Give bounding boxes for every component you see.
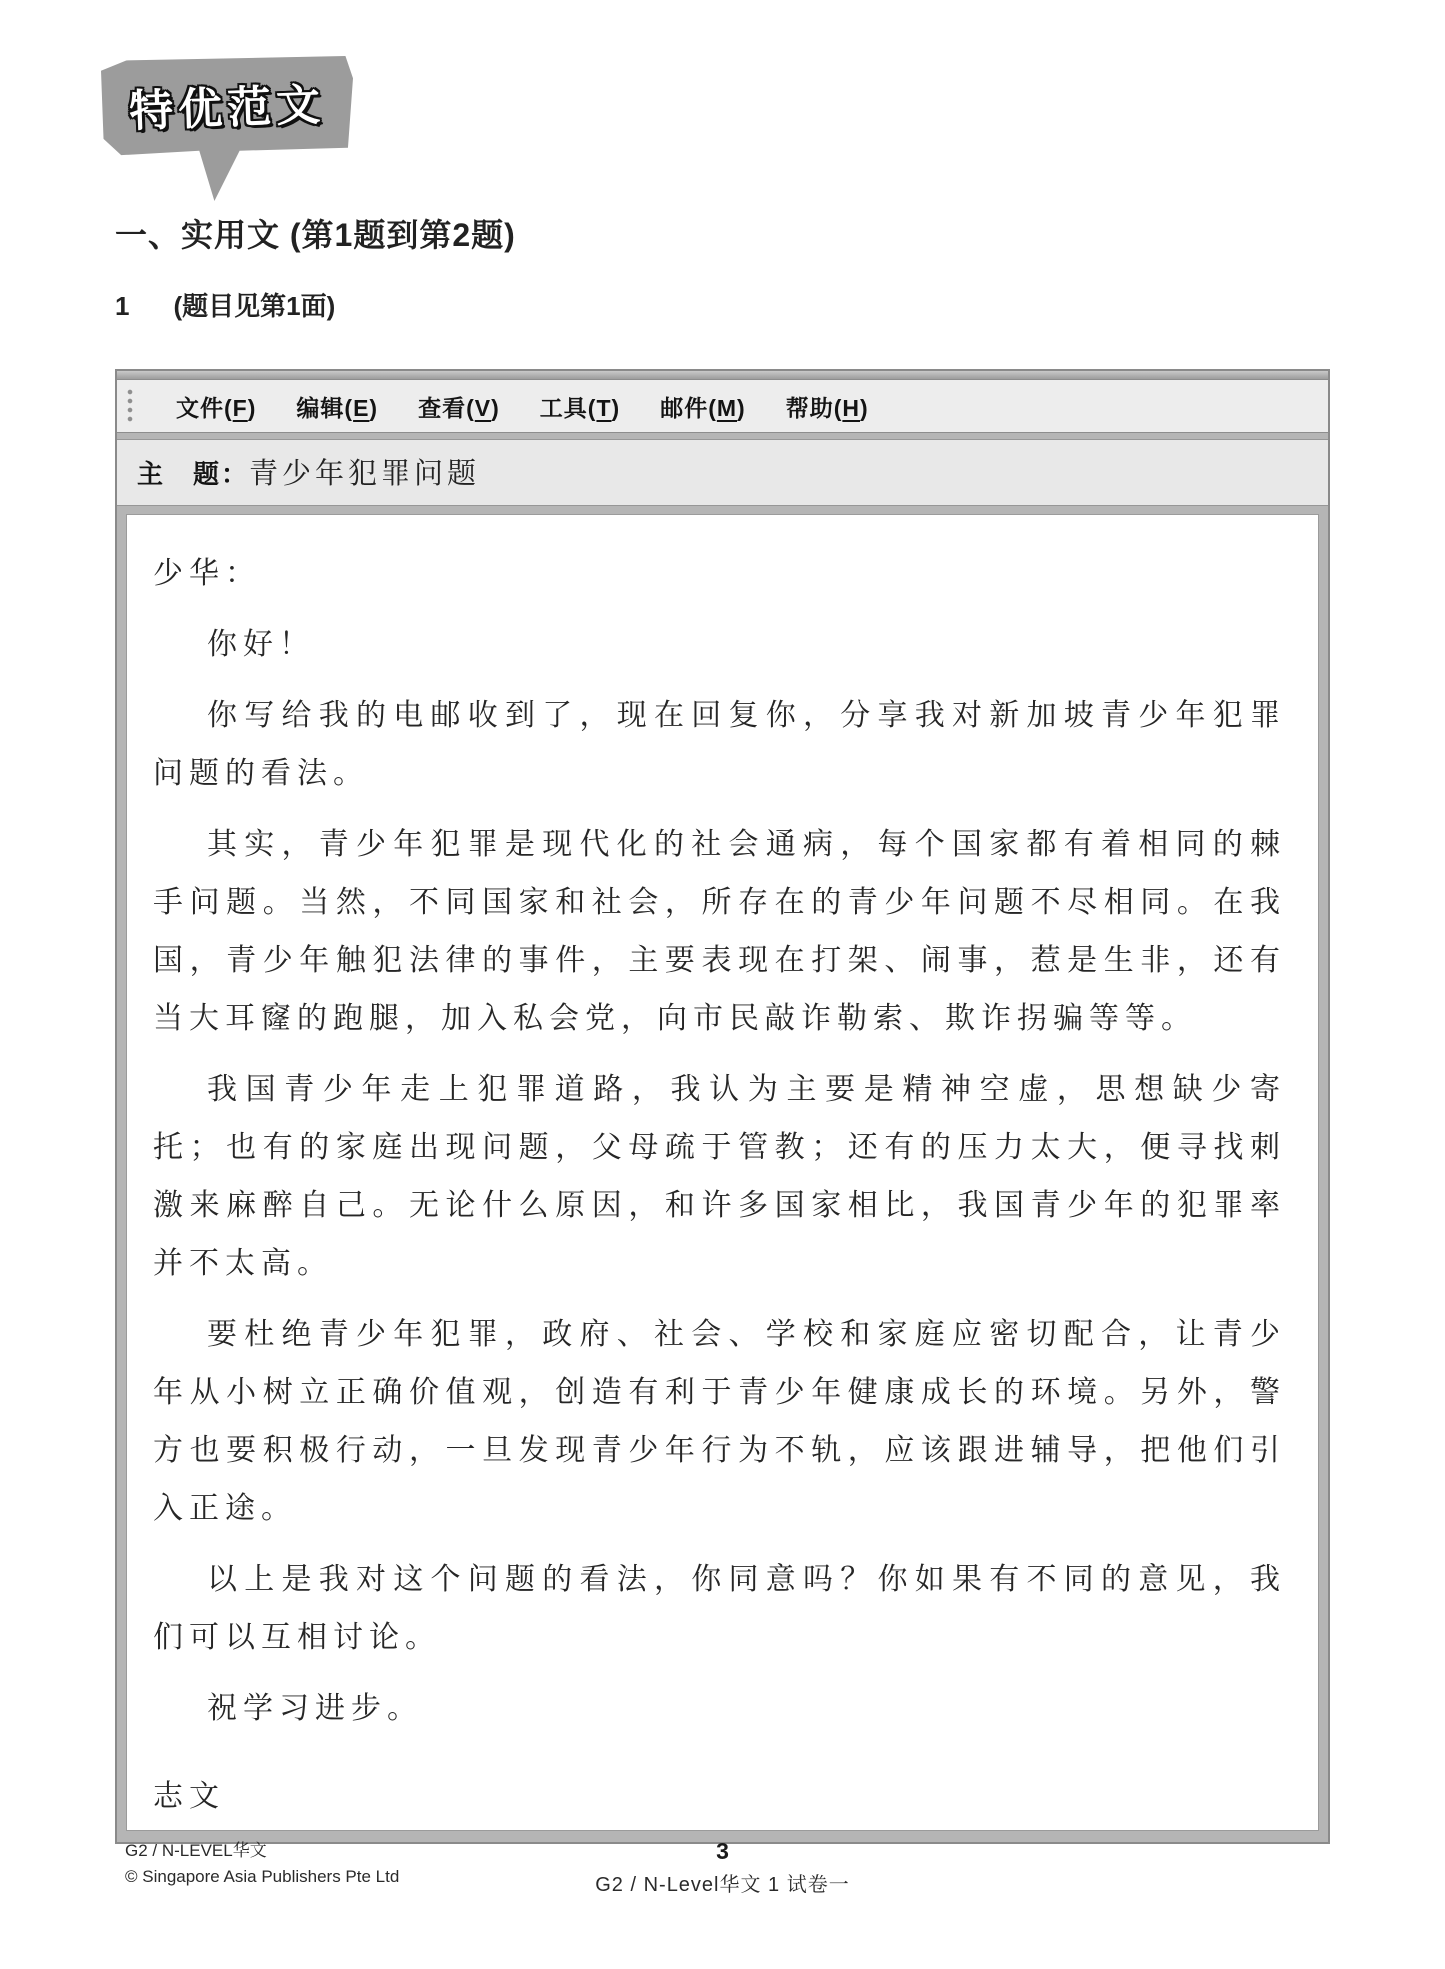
menu-item-file-mnemonic: F [233, 395, 248, 421]
subject-bar: 主 题： 青少年犯罪问题 [117, 439, 1328, 506]
menu-item-tools-label: 工具 [540, 395, 588, 421]
signature: 志文 [153, 1768, 1286, 1826]
body-paragraph: 我国青少年走上犯罪道路，我认为主要是精神空虚，思想缺少寄托；也有的家庭出现问题，… [153, 1061, 1286, 1293]
email-body: 少华： 你好！ 你写给我的电邮收到了，现在回复你，分享我对新加坡青少年犯罪问题的… [126, 514, 1319, 1831]
menu-item-tools[interactable]: 工具T [540, 390, 620, 423]
menu-item-mail-mnemonic: M [717, 395, 737, 421]
email-menu-bar: 文件F 编辑E 查看V 工具T 邮件M 帮助H [117, 380, 1328, 433]
menu-item-edit-label: 编辑 [296, 395, 344, 421]
footer-caption: G2 / N-Level华文 1 试卷一 [115, 1868, 1330, 1897]
model-essay-badge: 特优范文 [101, 56, 353, 204]
menu-item-help-label: 帮助 [786, 395, 834, 421]
body-paragraph: 你好！ [153, 616, 1286, 674]
menu-item-mail[interactable]: 邮件M [660, 390, 746, 423]
page-number: 3 [115, 1838, 1330, 1865]
email-window: 文件F 编辑E 查看V 工具T 邮件M 帮助H 主 题： 青少年犯罪问题 少华：… [115, 369, 1330, 1844]
menu-item-file-label: 文件 [176, 395, 224, 421]
body-paragraph: 你写给我的电邮收到了，现在回复你，分享我对新加坡青少年犯罪问题的看法。 [153, 687, 1286, 803]
question-number: 1 [115, 291, 129, 322]
menu-item-file[interactable]: 文件F [176, 390, 256, 423]
menu-grip-icon[interactable] [127, 389, 134, 423]
model-essay-badge-label: 特优范文 [99, 52, 354, 157]
closing-line: 祝学习进步。 [153, 1680, 1286, 1738]
window-title-strip [117, 371, 1328, 380]
subject-label: 主 题： [137, 454, 249, 491]
body-paragraph: 其实，青少年犯罪是现代化的社会通病，每个国家都有着相同的棘手问题。当然，不同国家… [153, 816, 1286, 1048]
salutation: 少华： [153, 545, 1286, 603]
subject-value: 青少年犯罪问题 [249, 451, 480, 492]
textbook-page: 特优范文 一、实用文 (第1题到第2题) 1 (题目见第1面) 文件F 编辑E … [0, 0, 1445, 1969]
section-heading: 一、实用文 (第1题到第2题) [115, 210, 1330, 256]
menu-item-tools-mnemonic: T [596, 395, 611, 421]
body-paragraph: 要杜绝青少年犯罪，政府、社会、学校和家庭应密切配合，让青少年从小树立正确价值观，… [153, 1306, 1286, 1538]
menu-item-edit-mnemonic: E [353, 395, 369, 421]
body-paragraph: 以上是我对这个问题的看法，你同意吗？你如果有不同的意见，我们可以互相讨论。 [153, 1551, 1286, 1667]
menu-item-view[interactable]: 查看V [418, 390, 500, 423]
question-line: 1 (题目见第1面) [115, 286, 1330, 323]
menu-item-mail-label: 邮件 [660, 395, 708, 421]
menu-item-help-mnemonic: H [842, 395, 860, 421]
menu-item-view-label: 查看 [418, 395, 466, 421]
footer-center: 3 G2 / N-Level华文 1 试卷一 [115, 1838, 1330, 1897]
question-note: (题目见第1面) [173, 286, 335, 323]
menu-item-edit[interactable]: 编辑E [296, 390, 378, 423]
menu-item-view-mnemonic: V [475, 395, 491, 421]
menu-item-help[interactable]: 帮助H [786, 390, 869, 423]
